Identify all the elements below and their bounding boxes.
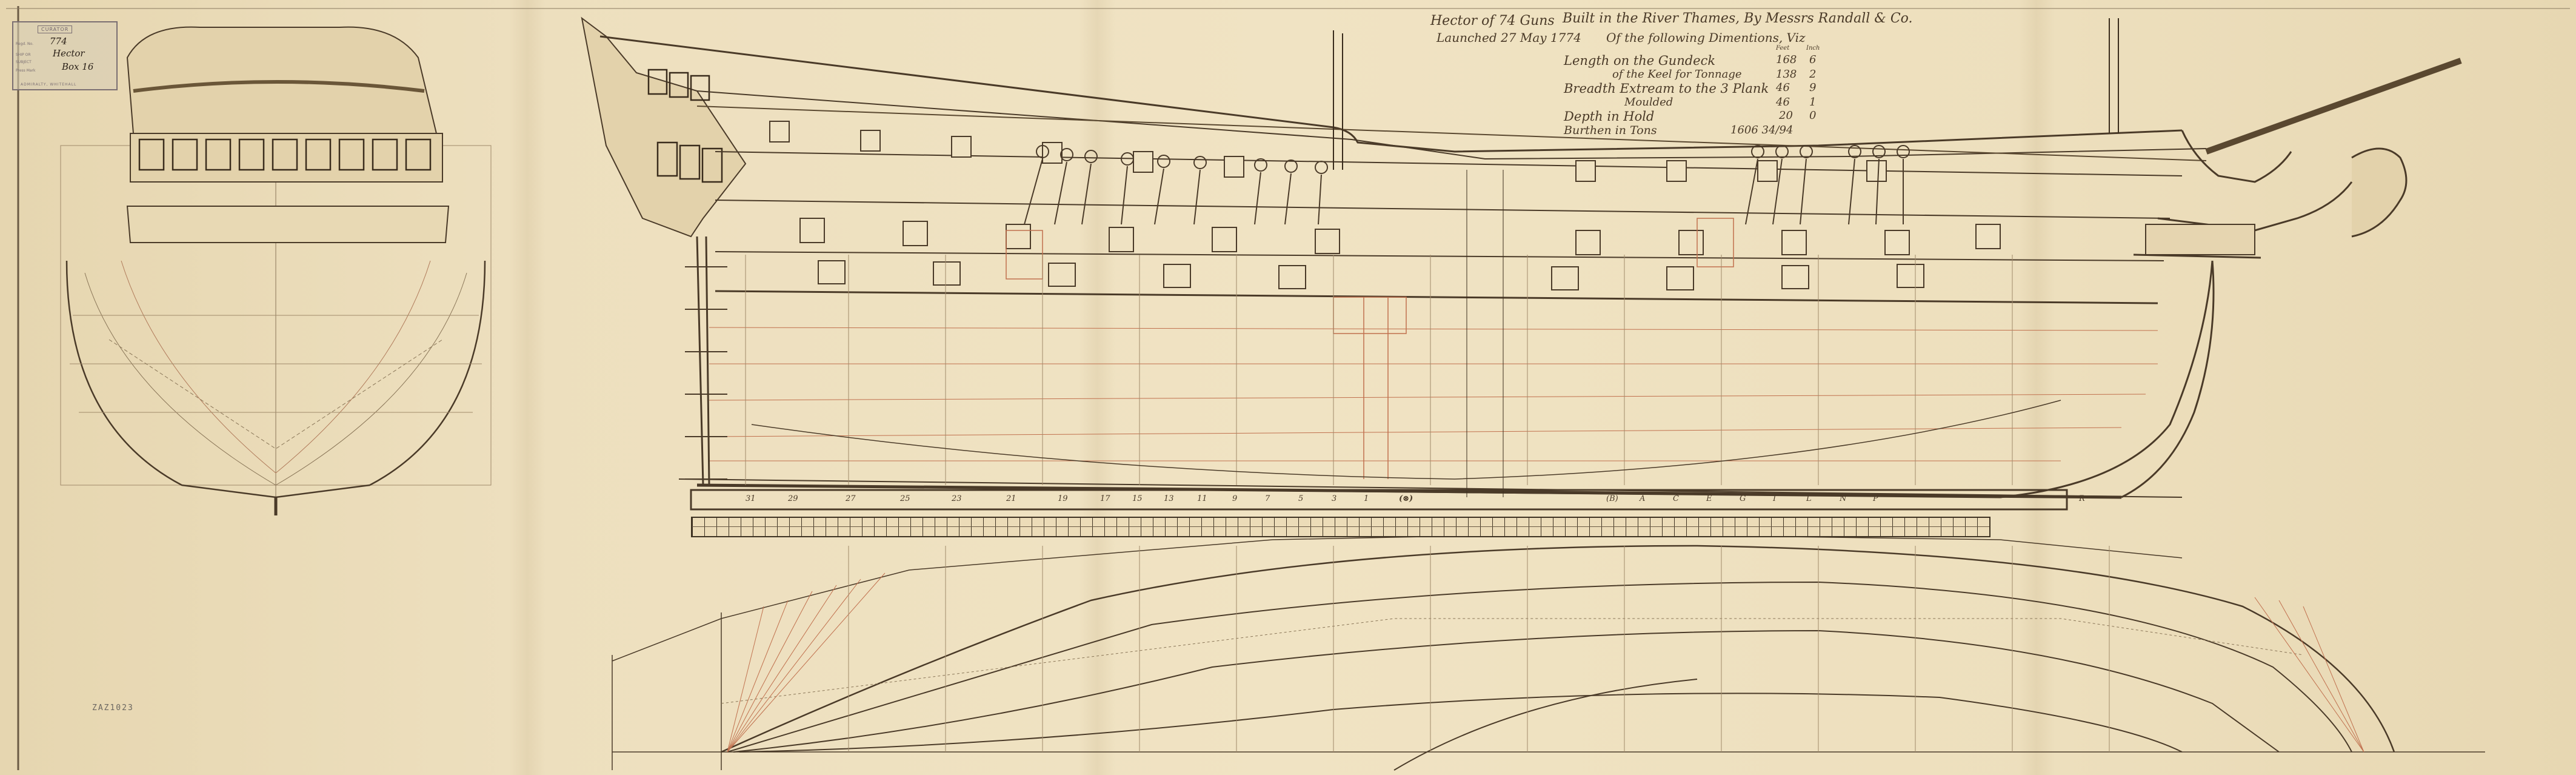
station-label: N (1840, 494, 1846, 503)
dimension-label: Length on the Gundeck (1564, 53, 1715, 68)
station-label-midship: (⊗) (1399, 494, 1413, 503)
station-label: 3 (1332, 494, 1336, 503)
station-label: 29 (788, 494, 798, 503)
dimension-inches: 2 (1809, 68, 1816, 81)
station-label: 13 (1164, 494, 1174, 503)
archive-stamp: ZAZ1023 (92, 703, 134, 713)
dimension-feet: 46 (1776, 96, 1790, 109)
curator-field-value: Hector (53, 48, 85, 59)
dimension-label: of the Keel for Tonnage (1612, 68, 1742, 81)
curator-field-label: SHIP OR (16, 53, 31, 57)
station-label: 17 (1100, 494, 1110, 503)
station-label: 27 (846, 494, 856, 503)
dimension-label: Depth in Hold (1564, 109, 1654, 124)
station-label: 19 (1058, 494, 1068, 503)
dimensions-intro: Of the following Dimentions, Viz (1606, 30, 1806, 45)
dimension-feet: 168 (1776, 53, 1797, 66)
station-label: A (1640, 494, 1645, 503)
curator-field-value: Box 16 (62, 61, 93, 72)
launch-date: Launched 27 May 1774 (1436, 30, 1581, 45)
station-label: 23 (952, 494, 962, 503)
dimension-feet: 46 (1776, 81, 1790, 94)
sheer-profile (582, 18, 2461, 497)
station-label: 1 (1364, 494, 1369, 503)
dimension-label: Breadth Extream to the 3 Plank (1564, 81, 1769, 96)
curator-label: CURATOR Regd. No. 774 SHIP OR Hector SUB… (12, 21, 118, 90)
dimension-inches: 6 (1809, 53, 1816, 66)
curator-field-value: 774 (50, 36, 67, 47)
curator-field-label: Regd. No. (16, 42, 33, 46)
stern-body-plan (61, 27, 491, 515)
station-label: I (1773, 494, 1776, 503)
station-label: C (1673, 494, 1679, 503)
station-label: 11 (1197, 494, 1207, 503)
station-label: 31 (746, 494, 756, 503)
dimension-label: Moulded (1624, 96, 1673, 109)
station-label: 7 (1265, 494, 1270, 503)
station-label: P (1873, 494, 1878, 503)
feet-header: Feet (1776, 45, 1789, 52)
station-label: 9 (1232, 494, 1237, 503)
dimension-feet: 20 (1779, 109, 1793, 122)
dimension-inches: 0 (1809, 109, 1816, 122)
station-label: 15 (1132, 494, 1143, 503)
dimension-label: Burthen in Tons (1564, 124, 1657, 137)
station-label: (B) (1606, 494, 1618, 503)
ship-draught-drawing (0, 0, 2576, 775)
station-label: 21 (1006, 494, 1016, 503)
station-label: L (1806, 494, 1812, 503)
station-label: G (1740, 494, 1746, 503)
dimension-inches: 1 (1809, 96, 1816, 109)
inch-header: Inch (1806, 45, 1820, 52)
dimension-inches: 9 (1809, 81, 1816, 94)
scale-ruler (691, 517, 1990, 537)
dimension-feet: 1606 34/94 (1730, 124, 1793, 136)
station-label: 25 (900, 494, 910, 503)
station-label: R (2079, 494, 2085, 503)
ruler-midline (692, 526, 1989, 527)
curator-header: CURATOR (38, 25, 72, 33)
ship-title: Hector of 74 Guns (1430, 13, 1555, 29)
curator-footer: ADMIRALTY, WHITEHALL (21, 82, 76, 87)
built-by-line: Built in the River Thames, By Messrs Ran… (1563, 11, 1913, 26)
dimension-feet: 138 (1776, 68, 1797, 81)
station-label: 5 (1298, 494, 1303, 503)
curator-field-label: Press Mark (16, 69, 36, 73)
curator-field-label: SUBJECT (16, 60, 32, 64)
station-label: E (1706, 494, 1712, 503)
half-breadth-plan (612, 534, 2485, 770)
